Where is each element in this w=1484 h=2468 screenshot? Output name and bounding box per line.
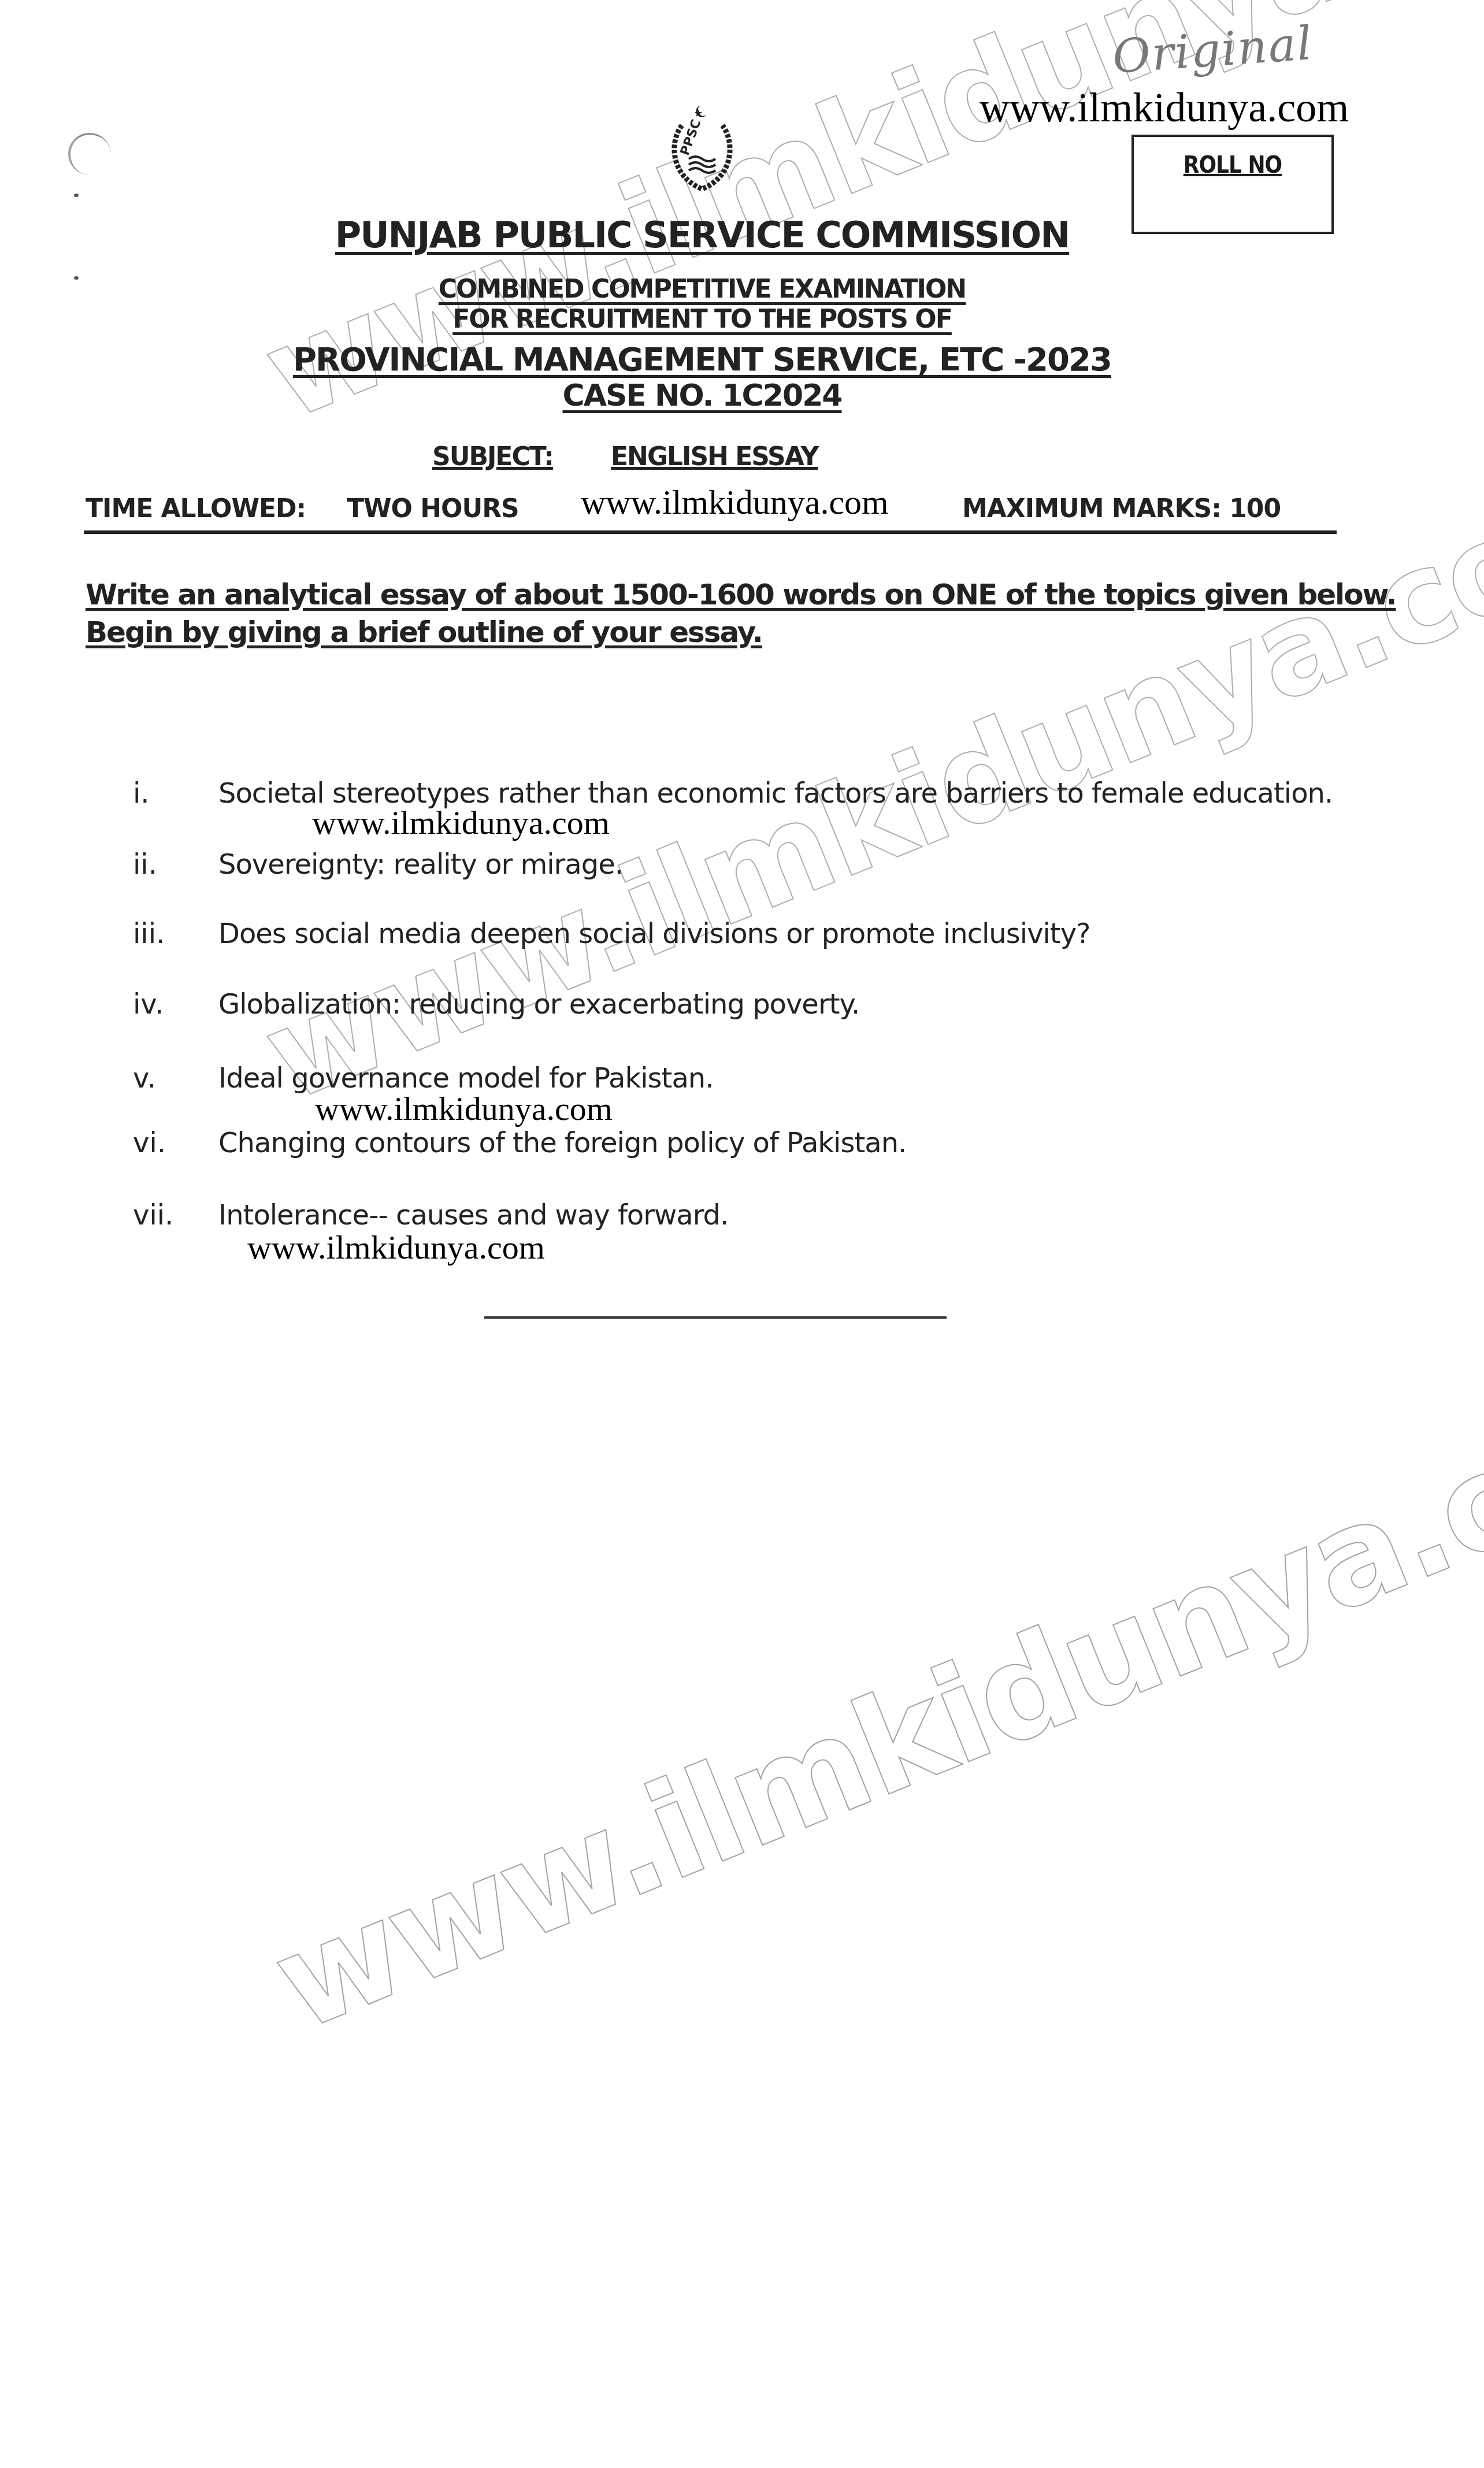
topic-item: iii. Does social media deepen social div… bbox=[0, 918, 1387, 958]
topic-text: Intolerance-- causes and way forward. bbox=[218, 1199, 728, 1231]
topic-item: i. Societal stereotypes rather than econ… bbox=[0, 777, 1387, 818]
watermark-url: www.ilmkidunya.com bbox=[315, 1089, 613, 1128]
instruction-line: Begin by giving a brief outline of your … bbox=[86, 615, 762, 649]
topic-text: Changing contours of the foreign policy … bbox=[218, 1127, 906, 1159]
instruction-line: Write an analytical essay of about 1500-… bbox=[86, 578, 1396, 611]
time-allowed-value: TWO HOURS bbox=[347, 494, 519, 524]
exam-title-line1: COMBINED COMPETITIVE EXAMINATION bbox=[0, 274, 1404, 304]
topic-number: vi. bbox=[133, 1127, 166, 1159]
topic-item: vi. Changing contours of the foreign pol… bbox=[0, 1127, 1387, 1167]
watermark-outline: www.ilmkidunya.com bbox=[254, 1337, 1484, 2061]
header-divider bbox=[84, 530, 1337, 534]
topic-item: v. Ideal governance model for Pakistan. bbox=[0, 1062, 1387, 1103]
topic-number: iii. bbox=[133, 918, 165, 950]
topic-number: iv. bbox=[133, 988, 164, 1020]
watermark-url: www.ilmkidunya.com bbox=[247, 1228, 545, 1267]
topic-number: vii. bbox=[133, 1199, 173, 1231]
watermark-url: www.ilmkidunya.com bbox=[312, 803, 610, 842]
punch-hole bbox=[68, 133, 111, 175]
commission-title: PUNJAB PUBLIC SERVICE COMMISSION bbox=[0, 214, 1404, 256]
topic-number: ii. bbox=[133, 848, 157, 881]
topic-text: Globalization: reducing or exacerbating … bbox=[218, 988, 859, 1020]
maximum-marks: MAXIMUM MARKS: 100 bbox=[962, 494, 1281, 524]
topic-number: v. bbox=[133, 1062, 156, 1094]
topic-number: i. bbox=[133, 777, 150, 810]
topic-item: iv. Globalization: reducing or exacerbat… bbox=[0, 988, 1387, 1029]
topic-item: ii. Sovereignty: reality or mirage. bbox=[0, 848, 1387, 889]
topic-item: vii. Intolerance-- causes and way forwar… bbox=[0, 1199, 1387, 1239]
case-number: CASE NO. 1C2024 bbox=[0, 378, 1404, 413]
end-divider bbox=[484, 1316, 947, 1319]
subject-label: SUBJECT: bbox=[432, 442, 553, 472]
scan-speck bbox=[74, 194, 79, 197]
svg-text:PPSC: PPSC bbox=[678, 118, 704, 158]
watermark-url: www.ilmkidunya.com bbox=[980, 84, 1349, 132]
time-allowed-label: TIME ALLOWED: bbox=[86, 494, 306, 524]
ppsc-logo-icon: PPSC bbox=[665, 101, 740, 194]
exam-title-line2: FOR RECRUITMENT TO THE POSTS OF bbox=[0, 305, 1404, 334]
watermark-url: www.ilmkidunya.com bbox=[581, 483, 889, 522]
subject-value: ENGLISH ESSAY bbox=[611, 442, 818, 472]
topic-text: Sovereignty: reality or mirage. bbox=[218, 848, 623, 881]
service-title: PROVINCIAL MANAGEMENT SERVICE, ETC -2023 bbox=[0, 341, 1404, 378]
topic-text: Does social media deepen social division… bbox=[218, 918, 1090, 950]
roll-no-label: ROLL NO bbox=[1134, 152, 1331, 179]
